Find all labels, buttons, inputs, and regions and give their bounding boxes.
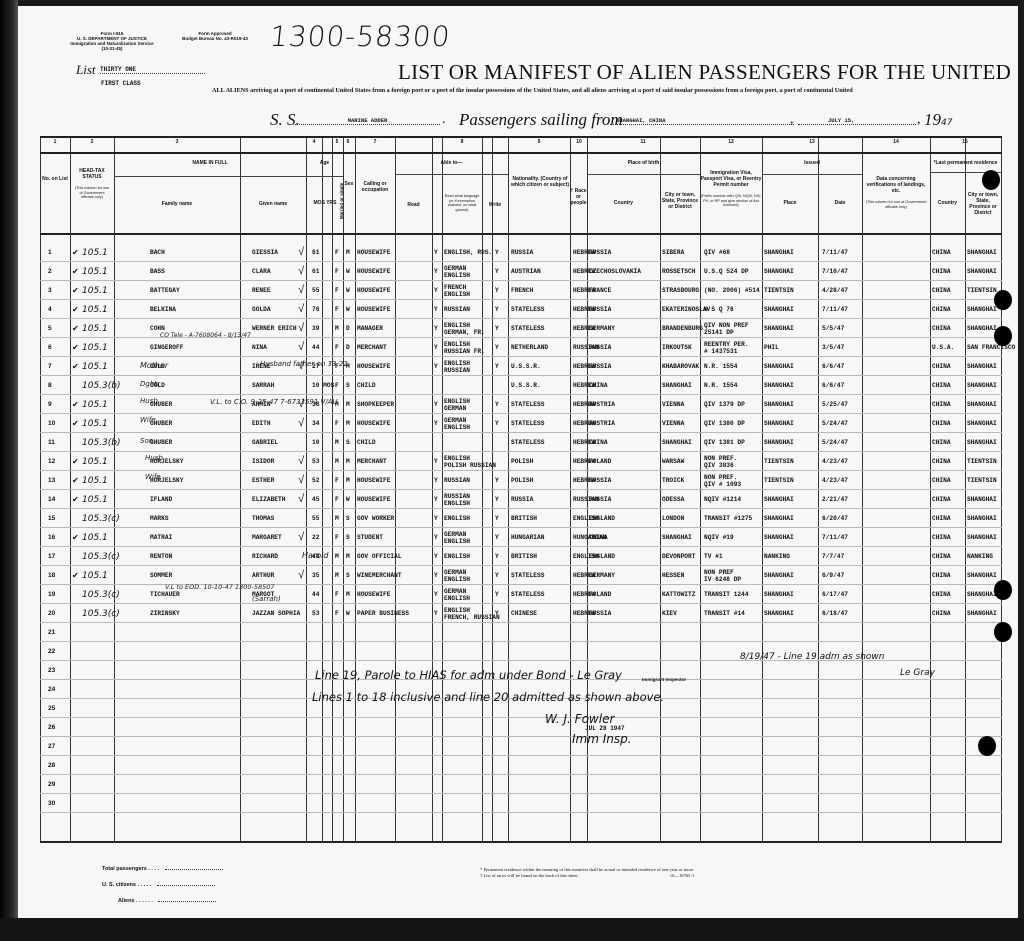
total-value[interactable] [165,869,223,870]
can-read: Y [434,243,438,262]
given-name-header: Given name [240,201,306,207]
head-tax-status: 105.3(c) [82,604,120,623]
age: 10 [312,433,319,452]
nationality: U.S.S.R. [511,376,541,395]
row-number: 11 [48,433,55,452]
empty-table-row[interactable]: 29 [40,775,1002,794]
visa-number: N.R. 1554 [704,357,737,376]
birth-city: STRASBOURG [662,281,699,300]
punct: , [917,112,921,128]
language: ENGLISH [444,538,470,545]
can-write: Y [495,281,499,300]
sex: F [335,585,339,604]
table-row[interactable]: 16105.1MATRAIMARGARET22FSSTUDENTYYHUNGAR… [40,528,1002,547]
table-row[interactable]: 3105.1BATTEGAYRENEE55FWHOUSEWIFEYYFRENCH… [40,281,1002,300]
residence-country: CHINA [932,452,951,471]
row-number: 10 [48,414,55,433]
birth-country: ENGLAND [589,509,615,528]
residence-city: TIENTSIN [967,452,997,471]
occupation: MERCHANT [357,338,387,357]
marital-status: D [346,319,350,338]
marital-status: W [346,300,350,319]
place-of-birth-header: Place of birth [587,160,700,166]
marital-status: W [346,262,350,281]
annotation-sarrah: (Sarrah) [252,595,281,603]
check-mark-icon: ✔ [72,414,79,433]
birth-country: POLAND [589,452,611,471]
given-name: NINA [252,338,267,357]
visa-number: QIV NON PREF25141 DP [704,319,749,338]
issued-date: 4/23/47 [822,471,848,490]
relation-mother: Mother [140,361,168,370]
aliens-value[interactable] [158,901,216,902]
right-signature: Le Gray [900,668,935,678]
birth-country: GERMANY [589,319,615,338]
row-number: 25 [48,699,55,718]
punct: , [790,112,794,128]
punch-hole [994,580,1012,600]
residence-country: CHINA [932,585,951,604]
occupation: CHILD [357,433,376,452]
annotation-row5: CO Tele - A-7608064 - 8/13/47 [160,332,251,339]
marital-status: M [346,471,350,490]
residence-country: U.S.A. [932,338,954,357]
language: ENGLISH [444,398,470,405]
issued-place: SHANGHAI [764,243,794,262]
language: RUSSIAN FR. [444,348,485,355]
nationality: STATELESS [511,433,544,452]
sex: F [335,471,339,490]
occupation: HOUSEWIFE [357,243,390,262]
row-number: 22 [48,642,55,661]
check-mark-icon: ✔ [72,338,79,357]
visa-number: U S Q 76 [704,300,734,319]
age-check-icon: √ [298,471,305,490]
issued-date: 5/25/47 [822,395,848,414]
column-number: 11 [637,139,649,145]
age: 53 [312,604,319,623]
empty-table-row[interactable]: 21 [40,623,1002,642]
relation-daughter: Dghtr [140,380,160,388]
language: RUSSIAN [444,367,470,374]
residence-city: TIENTSIN [967,471,997,490]
row-divider [40,841,1002,843]
marital-status: M [346,585,350,604]
can-read: Y [434,300,438,319]
language: ENGLISH [444,272,470,279]
subheader-divider [587,174,700,175]
scan-edge-left [0,0,18,941]
birth-city: VIENNA [662,395,684,414]
row-number: 29 [48,775,55,794]
can-write: Y [495,547,499,566]
occupation: HOUSEWIFE [357,262,390,281]
visa-line: TRANSIT #14 [704,610,745,617]
occupation: HOUSEWIFE [357,281,390,300]
can-read: Y [434,490,438,509]
age: 61 [312,262,319,281]
check-mark-icon: ✔ [72,566,79,585]
issued-date: 5/24/47 [822,414,848,433]
check-mark-icon: ✔ [72,452,79,471]
nationality: BRITISH [511,509,537,528]
birth-country: CHINA [589,528,608,547]
head-tax-status: 105.1 [82,319,108,338]
row-divider [40,233,1002,235]
given-name: GOLDA [252,300,271,319]
citizens-value[interactable] [157,885,215,886]
language: GERMAN, FR. [444,329,485,336]
issued-place: PHIL [764,338,779,357]
age-check-icon: √ [298,262,305,281]
issued-date: 7/11/47 [822,300,848,319]
age: 35 [312,566,319,585]
occupation: MERCHANT [357,452,387,471]
issued-place-header: Place [762,200,818,206]
birth-city: BRANDENBURG [662,319,703,338]
language: ENGLISH [444,341,470,348]
nationality: RUSSIA [511,490,533,509]
residence-country: CHINA [932,376,951,395]
table-row[interactable]: 10105.1GHUBEREDITH34FMHOUSEWIFEYYSTATELE… [40,414,1002,433]
total-label: Total passengers [102,866,147,872]
row-number: 15 [48,509,55,528]
birth-country: POLAND [589,585,611,604]
can-write: Y [495,300,499,319]
sex: F [335,338,339,357]
check-mark-icon: ✔ [72,262,79,281]
visa-line: QIV 1379 DP [704,401,745,408]
residence-city: SHANGHAI [967,528,997,547]
sex: M [335,547,339,566]
row-number: 7 [48,357,52,376]
age-check-icon: √ [298,319,305,338]
visa-number: U.S.Q 524 DP [704,262,749,281]
empty-table-row[interactable]: 30 [40,794,1002,813]
visa-line: NON PREF. [704,455,737,462]
can-read: Y [434,604,438,623]
language: GERMAN [444,405,466,412]
visa-number: QIV 1379 DP [704,395,745,414]
read-language: GERMANENGLISH [444,528,470,547]
head-tax-status: 105.1 [82,471,108,490]
residence-country: CHINA [932,490,951,509]
table-row[interactable]: 11105.3(b)GHUBERGABRIEL10MSCHILDSTATELES… [40,433,1002,452]
age-check-icon: √ [298,338,305,357]
table-row[interactable]: 20105.3(c)ZIRINSKYJAZZAN SOPHIA53FWPAPER… [40,604,1002,623]
birth-city: SHANGHAI [662,433,692,452]
language: ENGLISH [444,515,470,522]
age-check-icon: √ [298,528,305,547]
aliens: Aliens . . . . . . [102,893,223,909]
subheader-divider [762,174,862,175]
column-number: 14 [890,139,902,145]
write-header: Write [482,202,508,208]
nationality: STATELESS [511,395,544,414]
age: 55 [312,281,319,300]
scan-edge-bottom [0,918,1024,941]
issued-place: SHANGHAI [764,262,794,281]
family-name: RENTON [150,547,172,566]
residence-city: SHANGHAI [967,357,997,376]
year-suffix: 47 [941,118,952,128]
punct: . [442,112,446,128]
nationality: U.S.S.R. [511,357,541,376]
given-name: JAZZAN SOPHIA [252,604,300,623]
birth-country: RUSSIA [589,338,611,357]
age-sub-header: MOS YRS [308,200,342,206]
can-write: Y [495,509,499,528]
relation-wife: Wife [140,416,156,424]
residence-city-header: City or town, State, Province or Distric… [965,192,1001,216]
column-number: 12 [725,139,737,145]
budget-number: Budget Bureau No. 43-R019-43 [175,36,255,41]
age: 55 [312,509,319,528]
can-write: Y [495,471,499,490]
birth-country: RUSSIA [589,357,611,376]
table-row[interactable]: 4105.1BELKINAGOLDA76FWHOUSEWIFEYYSTATELE… [40,300,1002,319]
nationality: CHINESE [511,604,537,623]
nationality: FRENCH [511,281,533,300]
row-rule [40,812,1002,813]
family-name: BATTEGAY [150,281,180,300]
can-read: Y [434,471,438,490]
birth-city: SHANGHAI [662,376,692,395]
head-tax-status: 105.3(b) [82,376,121,395]
family-name: BELKINA [150,300,176,319]
occupation: STUDENT [357,528,383,547]
visa-line: NON PREF [704,569,734,576]
empty-table-row[interactable]: 27 [40,737,1002,756]
nationality: STATELESS [511,585,544,604]
table-row[interactable]: 15105.3(c)MARKSTHOMAS55MSGOV WORKERYYBRI… [40,509,1002,528]
birth-city: KHABAROVAK [662,357,699,376]
can-read: Y [434,547,438,566]
residence-country: CHINA [932,433,951,452]
can-read: Y [434,566,438,585]
residence-country: CHINA [932,262,951,281]
page-subtitle: ALL ALIENS arriving at a port of contine… [212,87,853,94]
right-note: 8/19/47 - Line 19 adm as shown [740,652,884,662]
nationality: STATELESS [511,319,544,338]
visa-number: QIV 1381 DP [704,433,745,452]
signature: W. J. Fowler [545,712,614,726]
empty-table-row[interactable]: 28 [40,756,1002,775]
sex: F [335,262,339,281]
issued-place: TIENTSIN [764,452,794,471]
nationality: STATELESS [511,414,544,433]
residence-city: SHANGHAI [967,509,997,528]
family-name: MARKS [150,509,169,528]
issued-date: 4/23/47 [822,452,848,471]
form-date: (10-31-45) [57,46,167,51]
name-in-full-header: NAME IN FULL [114,160,306,166]
family-name: GHUBER [150,433,172,452]
head-tax-status: 105.1 [82,262,108,281]
visa-line: QIV 3836 [704,462,734,469]
residence-country: CHINA [932,357,951,376]
marital-status: M [346,395,350,414]
row-number: 24 [48,680,55,699]
birth-city-header: City or town, State, Province or Distric… [660,192,700,210]
residence-city: SHANGHAI [967,433,997,452]
sex: F [335,414,339,433]
given-name: THOMAS [252,509,274,528]
birth-city: SHANGHAI [662,528,692,547]
table-row[interactable]: 13105.1HORJELSKYESTHER52FMHOUSEWIFEYYPOL… [40,471,1002,490]
residence-country: CHINA [932,566,951,585]
visa-number: NON PREF.QIV # 1093 [704,471,741,490]
birth-city: SIBERA [662,243,684,262]
residence-city: SHANGHAI [967,262,997,281]
birth-country-header: Country [587,200,660,206]
empty-table-row[interactable]: 26 [40,718,1002,737]
visa-line: U.S.Q 524 DP [704,268,749,275]
issued-place: SHANGHAI [764,300,794,319]
residence-country: CHINA [932,547,951,566]
language: RUSSIAN [444,493,470,500]
residence-country: CHINA [932,300,951,319]
table-row[interactable]: 14105.1IFLANDELIZABETH45FWHOUSEWIFEYYRUS… [40,490,1002,509]
column-number: 9 [533,139,545,145]
given-name: SARRAH [252,376,274,395]
table-row[interactable]: 17105.3(c)RENTONRICHARD48MMGOV OFFICIALY… [40,547,1002,566]
list-label: List [76,62,96,78]
check-mark-icon: ✔ [72,528,79,547]
issued-date: 5/24/47 [822,433,848,452]
punch-hole [994,622,1012,642]
table-row[interactable]: 1105.1BACHGIESSIA61FMHOUSEWIFEYYRUSSIAHE… [40,243,1002,262]
given-name: ISIDOR [252,452,274,471]
residence-country: CHINA [932,471,951,490]
age: 44 [312,585,319,604]
residence-country: CHINA [932,319,951,338]
birth-country: RUSSIA [589,471,611,490]
visa-line: TRANSIT 1244 [704,591,749,598]
birth-country: ENGLAND [589,547,615,566]
language: ENGLISH [444,553,470,560]
verification-header: Data concerning verifications of landing… [862,176,930,194]
birth-city: KATTOWITZ [662,585,695,604]
age: 39 [312,319,319,338]
row-divider [40,152,1002,154]
can-write: Y [495,490,499,509]
aliens-label: Aliens [118,898,135,904]
note-line-2: Lines 1 to 18 inclusive and line 20 admi… [312,690,664,704]
occupation: WINEMERCHANT [357,566,402,585]
visa-line: QIV # 1093 [704,481,741,488]
issued-place: SHANGHAI [764,566,794,585]
row-number: 30 [48,794,55,813]
sex: F [335,243,339,262]
language: ENGLISH, RUS. [444,249,492,256]
ship-name: MARINE ADDER [295,117,440,125]
citizens-label: U. S. citizens [102,882,136,888]
visa-line: N.R. 1554 [704,363,737,370]
table-row[interactable]: 9105.1GHUBERARMIN38MMSHOPKEEPERYYSTATELE… [40,395,1002,414]
age-check-icon: √ [298,452,305,471]
read-language: ENGLISHPOLISH RUSSIAN [444,452,496,471]
age-check-icon: √ [298,281,305,300]
family-name: BASS [150,262,165,281]
table-row[interactable]: 7105.1GOLDIRENE27FMHOUSEWIFEYYU.S.S.R.HE… [40,357,1002,376]
issued-place: SHANGHAI [764,414,794,433]
residence-city: SHANGHAI [967,243,997,262]
sex: F [335,376,339,395]
issued-date: 6/17/47 [822,585,848,604]
read-language: ENGLISH [444,509,470,528]
sex: M [335,433,339,452]
row-number: 17 [48,547,55,566]
row-number: 3 [48,281,52,300]
visa-line: QIV 1380 DP [704,420,745,427]
read-language: GERMANENGLISH [444,585,470,604]
issued-place: SHANGHAI [764,528,794,547]
row-divider [40,136,1002,138]
birth-city: ODESSA [662,490,684,509]
check-mark-icon: ✔ [72,490,79,509]
visa-number: N.R. 1554 [704,376,737,395]
no-on-list-header: No. on List [42,176,68,182]
residence-country: CHINA [932,528,951,547]
page-title: LIST OR MANIFEST OF ALIEN PASSENGERS FOR… [398,60,1011,85]
age: 76 [312,300,319,319]
read-header: Read [395,202,432,208]
table-row[interactable]: 8105.3(b)GOLDSARRAH10 MOS.FSCHILDU.S.S.R… [40,376,1002,395]
issued-place: SHANGHAI [764,319,794,338]
visa-note: (Prefix number with QIV, NQIV, NIV, PV, … [700,194,762,208]
total-passengers: Total passengers . . . . [102,861,223,877]
date-stamp: JUL 28 1947 [585,725,625,732]
row-number: 12 [48,452,55,471]
table-row[interactable]: 2105.1BASSCLARA61FWHOUSEWIFEYYAUSTRIANHE… [40,262,1002,281]
residence-country: CHINA [932,604,951,623]
birth-city: VIENNA [662,414,684,433]
check-mark-icon: ✔ [72,300,79,319]
residence-country: CHINA [932,395,951,414]
sailing-year: 1947 [924,110,952,130]
occupation: HOUSEWIFE [357,585,390,604]
age: 53 [312,452,319,471]
us-citizens: U. S. citizens . . . . . [102,877,223,893]
residence-city: SHANGHAI [967,490,997,509]
can-read: Y [434,585,438,604]
language: GERMAN [444,569,466,576]
birth-country: CHINA [589,376,608,395]
occupation: GOV OFFICIAL [357,547,402,566]
head-tax-note: (This column for use of Government offic… [74,186,110,200]
table-row[interactable]: 6105.1GINGEROFFNINA44FDMERCHANTYYNETHERL… [40,338,1002,357]
can-write: Y [495,243,499,262]
language: ENGLISH [444,291,470,298]
birth-country: FRANCE [589,281,611,300]
table-row[interactable]: 12105.1HORJELSKYISIDOR53MMMERCHANTYPOLIS… [40,452,1002,471]
marital-status: S [346,528,350,547]
check-mark-icon: ✔ [72,319,79,338]
issued-date: 4/28/47 [822,281,848,300]
issued-date: 3/5/47 [822,338,844,357]
issued-date: 6/6/47 [822,357,844,376]
head-tax-status: 105.1 [82,338,108,357]
head-tax-status: 105.1 [82,528,108,547]
row-number: 2 [48,262,52,281]
column-number: 1 [49,139,61,145]
totals-block: Total passengers . . . . U. S. citizens … [102,861,223,909]
language: ENGLISH [444,595,470,602]
language: FRENCH [444,284,466,291]
sailing-label: Passengers sailing from [459,110,623,130]
row-number: 1 [48,243,52,262]
